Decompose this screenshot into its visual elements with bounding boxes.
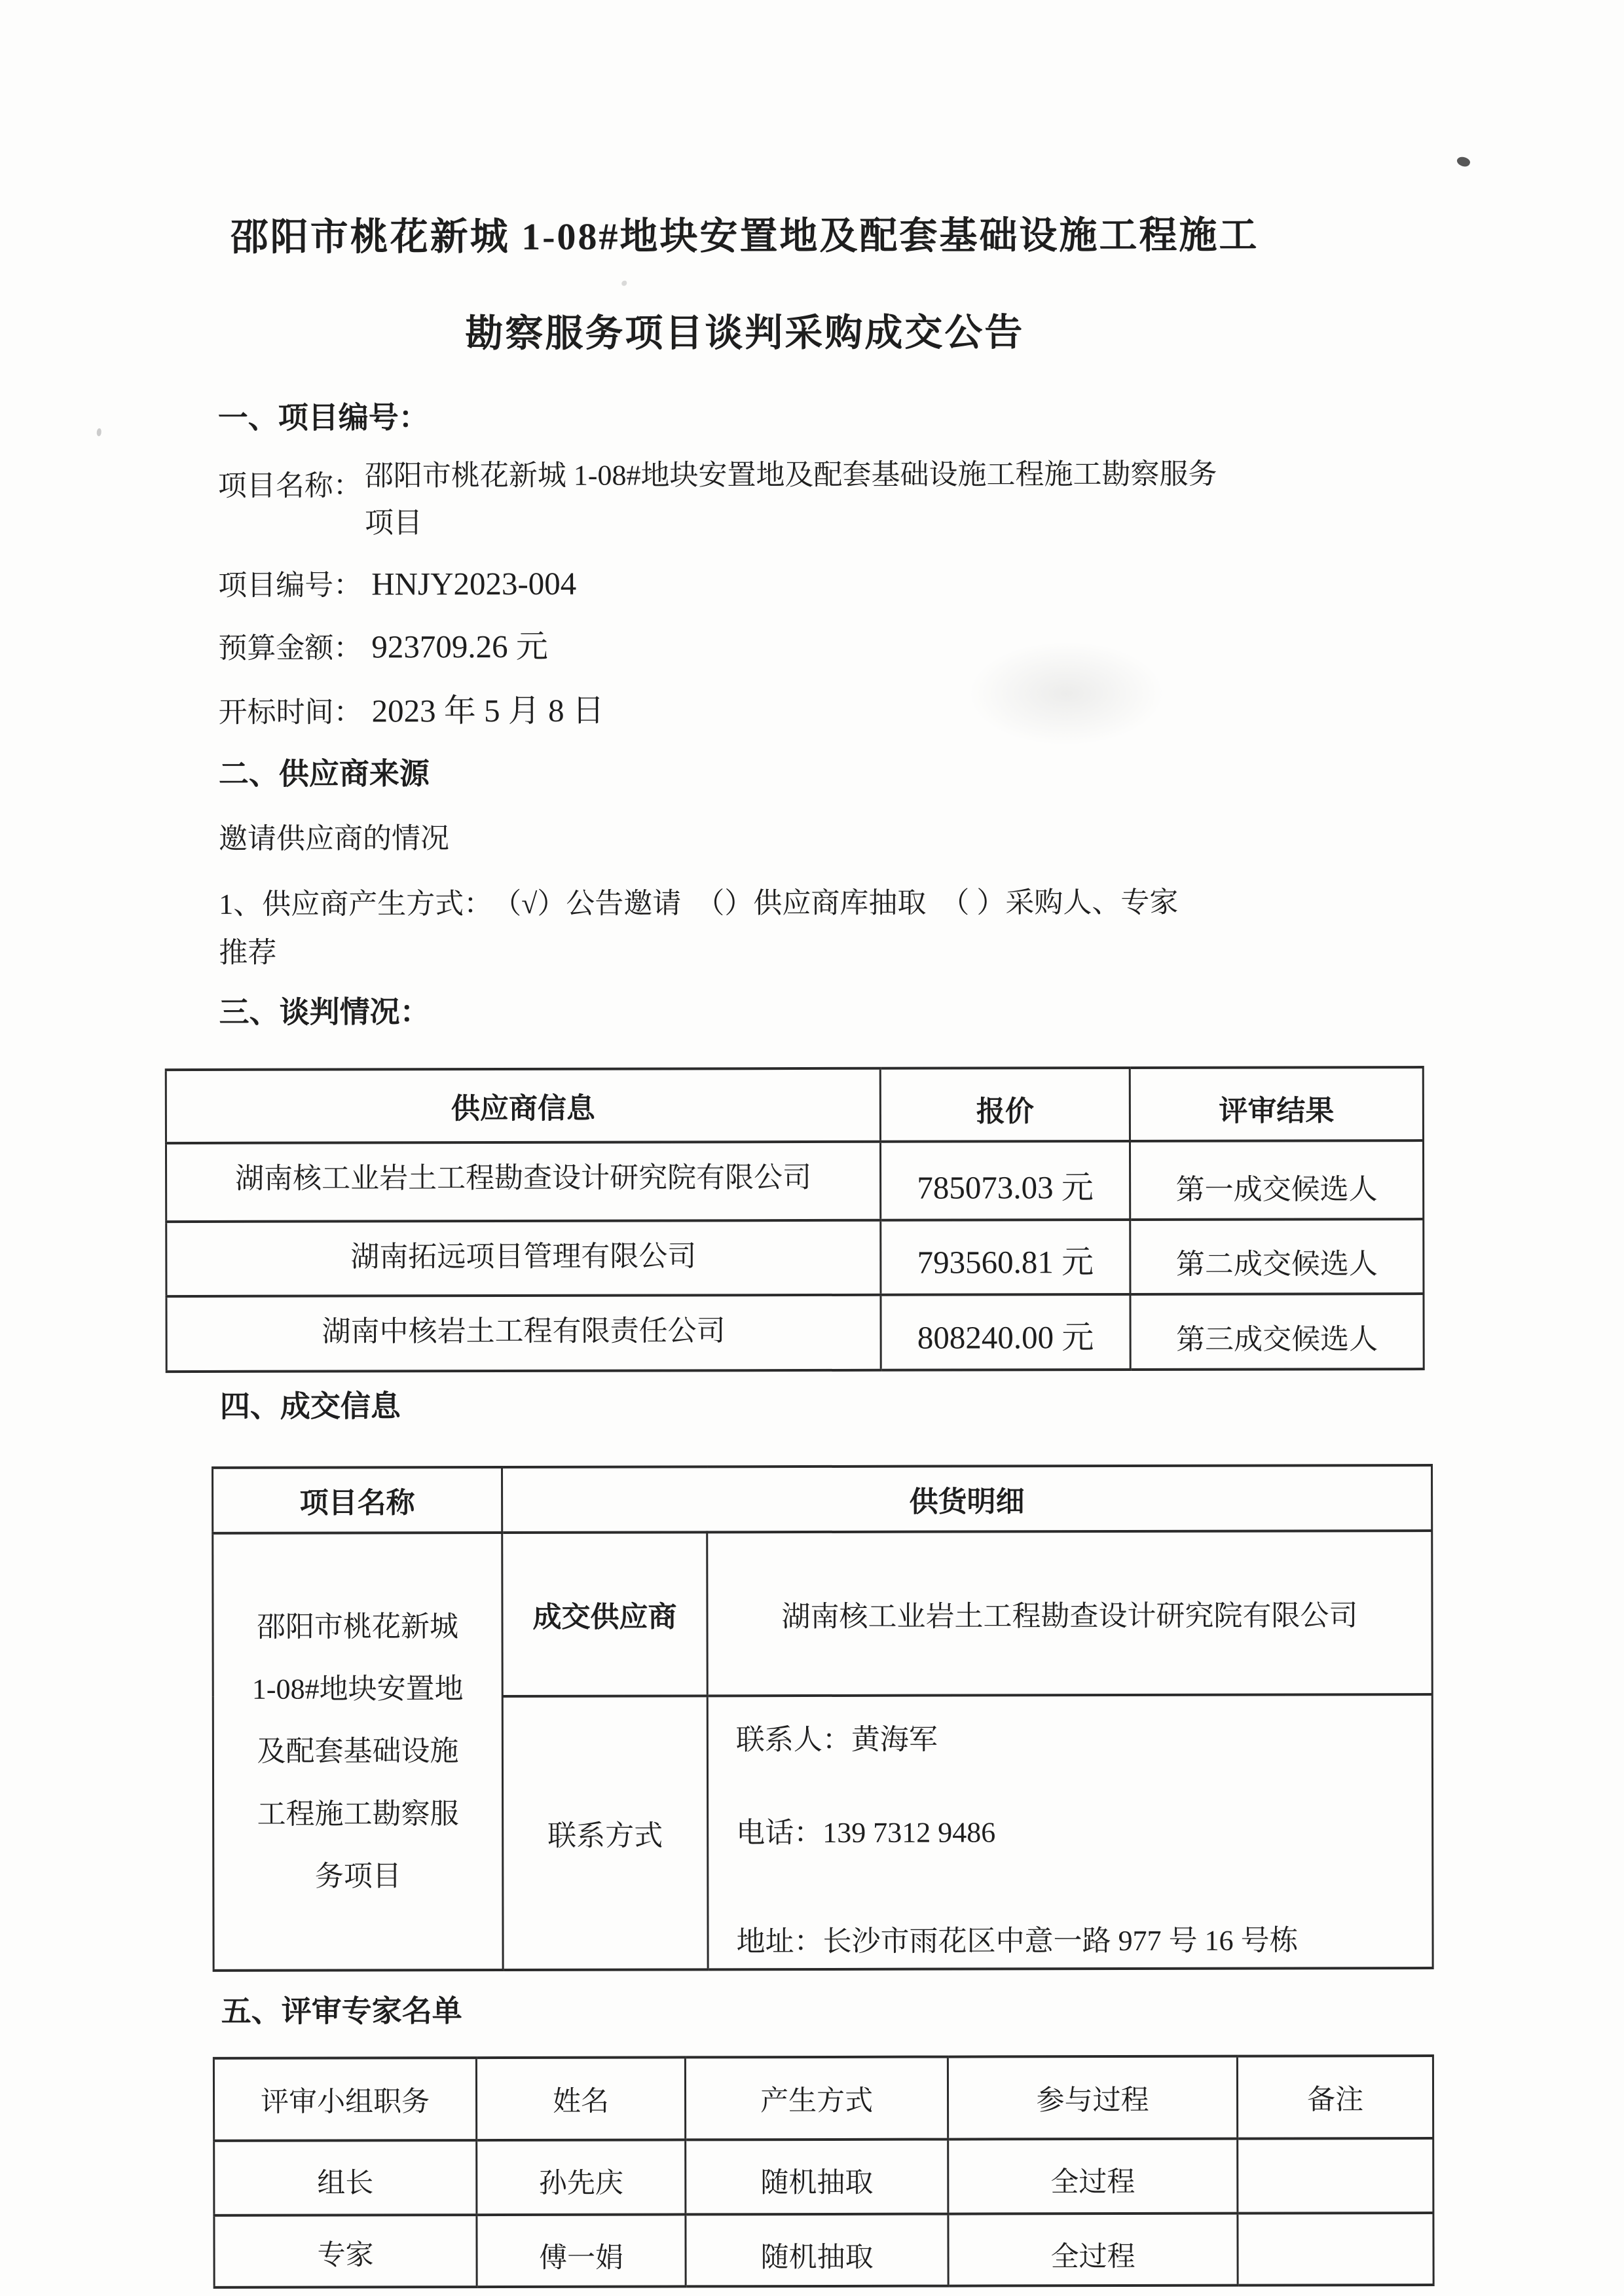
invite-line: 邀请供应商的情况 <box>219 824 449 854</box>
supplier-price: 785073.03 元 <box>880 1141 1130 1220</box>
expert-note <box>1238 2138 1433 2214</box>
expert-method: 随机抽取 <box>686 2140 948 2215</box>
col-header-supply-detail: 供货明细 <box>502 1465 1432 1533</box>
col-header-name: 姓名 <box>476 2057 685 2140</box>
contact-person: 联系人：黄海军 <box>736 1724 1422 1755</box>
col-header-price: 报价 <box>880 1068 1130 1142</box>
section2-heading: 二、供应商来源 <box>219 759 430 790</box>
supplier-name: 湖南中核岩土工程有限责任公司 <box>166 1295 881 1372</box>
contact-label: 联系方式 <box>502 1696 708 1970</box>
negotiation-header-row: 供应商信息 报价 评审结果 <box>166 1067 1423 1143</box>
scan-speck <box>97 428 101 436</box>
col-header-participation: 参与过程 <box>948 2056 1237 2140</box>
award-header-row: 项目名称 供货明细 <box>213 1465 1432 1533</box>
contact-details: 联系人：黄海军 电话：139 7312 9486 地址：长沙市雨花区中意一路 9… <box>707 1694 1433 1969</box>
project-no-label: 项目编号： <box>218 569 362 601</box>
scanned-document-page: 邵阳市桃花新城 1-08#地块安置地及配套基础设施工程施工 勘察服务项目谈判采购… <box>0 0 1624 2296</box>
contact-phone: 电话：139 7312 9486 <box>736 1817 1422 1848</box>
expert-role: 专家 <box>214 2215 477 2287</box>
expert-name: 孙先庆 <box>477 2140 686 2215</box>
project-no-value: HNJY2023-004 <box>371 566 576 602</box>
col-header-review-result: 评审结果 <box>1130 1067 1423 1141</box>
section5-heading: 五、评审专家名单 <box>221 1996 462 2027</box>
budget-value: 923709.26 元 <box>371 629 548 665</box>
budget-line: 预算金额：923709.26 元 <box>218 630 548 663</box>
expert-name: 傅一娟 <box>477 2214 686 2287</box>
col-header-remark: 备注 <box>1237 2056 1433 2139</box>
expert-method: 随机抽取 <box>686 2214 948 2287</box>
col-header-project-name: 项目名称 <box>213 1467 502 1533</box>
award-project-name: 邵阳市桃花新城 1-08#地块安置地 及配套基础设施 工程施工勘察服 务项目 <box>213 1533 503 1971</box>
negotiation-table: 供应商信息 报价 评审结果 湖南核工业岩土工程勘查设计研究院有限公司 78507… <box>165 1066 1425 1373</box>
table-row: 组长 孙先庆 随机抽取 全过程 <box>214 2138 1433 2215</box>
col-header-selection-method: 产生方式 <box>685 2057 948 2140</box>
expert-process: 全过程 <box>948 2139 1238 2214</box>
award-project-name-line: 1-08#地块安置地 <box>223 1658 492 1721</box>
supplier-price: 793560.81 元 <box>881 1220 1130 1295</box>
project-no-line: 项目编号：HNJY2023-004 <box>218 568 576 600</box>
winner-row: 邵阳市桃花新城 1-08#地块安置地 及配套基础设施 工程施工勘察服 务项目 成… <box>213 1531 1433 1697</box>
award-project-name-line: 工程施工勘察服 <box>223 1783 492 1846</box>
supplier-price: 808240.00 元 <box>881 1294 1130 1370</box>
project-name-value: 邵阳市桃花新城 1-08#地块安置地及配套基础设施工程施工勘察服务 项目 <box>365 460 1217 538</box>
award-info-table: 项目名称 供货明细 邵阳市桃花新城 1-08#地块安置地 及配套基础设施 工程施… <box>212 1464 1434 1972</box>
winner-value: 湖南核工业岩土工程勘查设计研究院有限公司 <box>707 1531 1433 1696</box>
award-project-name-line: 务项目 <box>223 1845 492 1908</box>
scan-speck <box>621 281 627 286</box>
expert-header-row: 评审小组职务 姓名 产生方式 参与过程 备注 <box>213 2056 1433 2141</box>
section1-heading: 一、项目编号： <box>218 403 429 433</box>
award-project-name-line: 邵阳市桃花新城 <box>223 1595 492 1658</box>
supplier-name: 湖南核工业岩土工程勘查设计研究院有限公司 <box>166 1142 880 1222</box>
col-header-group-role: 评审小组职务 <box>213 2058 476 2141</box>
scan-speck <box>1456 155 1471 168</box>
supplier-method-line: 1、供应商产生方式： （√）公告邀请 （）供应商库抽取 （ ）采购人、专家 推荐 <box>219 888 1417 968</box>
expert-list-table: 评审小组职务 姓名 产生方式 参与过程 备注 组长 孙先庆 随机抽取 全过程 专… <box>213 2054 1435 2289</box>
contact-address: 地址：长沙市雨花区中意一路 977 号 16 号栋 <box>736 1926 1422 1956</box>
project-name-label: 项目名称： <box>218 462 362 538</box>
expert-role: 组长 <box>214 2140 477 2215</box>
project-name-line2: 项目 <box>365 507 1217 538</box>
supplier-method-line2: 推荐 <box>219 936 1417 968</box>
supplier-name: 湖南拓远项目管理有限公司 <box>166 1220 881 1296</box>
project-name-row: 项目名称： 邵阳市桃花新城 1-08#地块安置地及配套基础设施工程施工勘察服务 … <box>218 460 1217 538</box>
supplier-result: 第三成交候选人 <box>1130 1294 1424 1370</box>
scan-smudge <box>968 641 1164 746</box>
document-title-line1: 邵阳市桃花新城 1-08#地块安置地及配套基础设施工程施工 <box>0 216 1491 257</box>
col-header-supplier-info: 供应商信息 <box>166 1068 880 1143</box>
section4-heading: 四、成交信息 <box>220 1391 401 1422</box>
project-name-line1: 邵阳市桃花新城 1-08#地块安置地及配套基础设施工程施工勘察服务 <box>365 460 1217 491</box>
budget-label: 预算金额： <box>218 632 362 664</box>
bid-time-value: 2023 年 5 月 8 日 <box>372 693 604 729</box>
table-row: 专家 傅一娟 随机抽取 全过程 <box>214 2213 1433 2287</box>
table-row: 湖南核工业岩土工程勘查设计研究院有限公司 785073.03 元 第一成交候选人 <box>166 1140 1423 1222</box>
supplier-result: 第二成交候选人 <box>1130 1219 1424 1294</box>
winner-label: 成交供应商 <box>502 1532 708 1696</box>
expert-process: 全过程 <box>948 2214 1238 2286</box>
award-project-name-line: 及配套基础设施 <box>223 1721 492 1783</box>
table-row: 湖南中核岩土工程有限责任公司 808240.00 元 第三成交候选人 <box>166 1294 1424 1372</box>
bid-time-line: 开标时间：2023 年 5 月 8 日 <box>219 695 604 727</box>
document-title-line2: 勘察服务项目谈判采购成交公告 <box>0 313 1491 354</box>
supplier-result: 第一成交候选人 <box>1130 1140 1423 1220</box>
expert-note <box>1238 2213 1433 2286</box>
supplier-method-line1: 1、供应商产生方式： （√）公告邀请 （）供应商库抽取 （ ）采购人、专家 <box>219 888 1417 919</box>
section3-heading: 三、谈判情况： <box>219 997 430 1028</box>
document-content: 邵阳市桃花新城 1-08#地块安置地及配套基础设施工程施工 勘察服务项目谈判采购… <box>0 0 1624 2296</box>
table-row: 湖南拓远项目管理有限公司 793560.81 元 第二成交候选人 <box>166 1219 1424 1296</box>
bid-time-label: 开标时间： <box>219 696 363 728</box>
